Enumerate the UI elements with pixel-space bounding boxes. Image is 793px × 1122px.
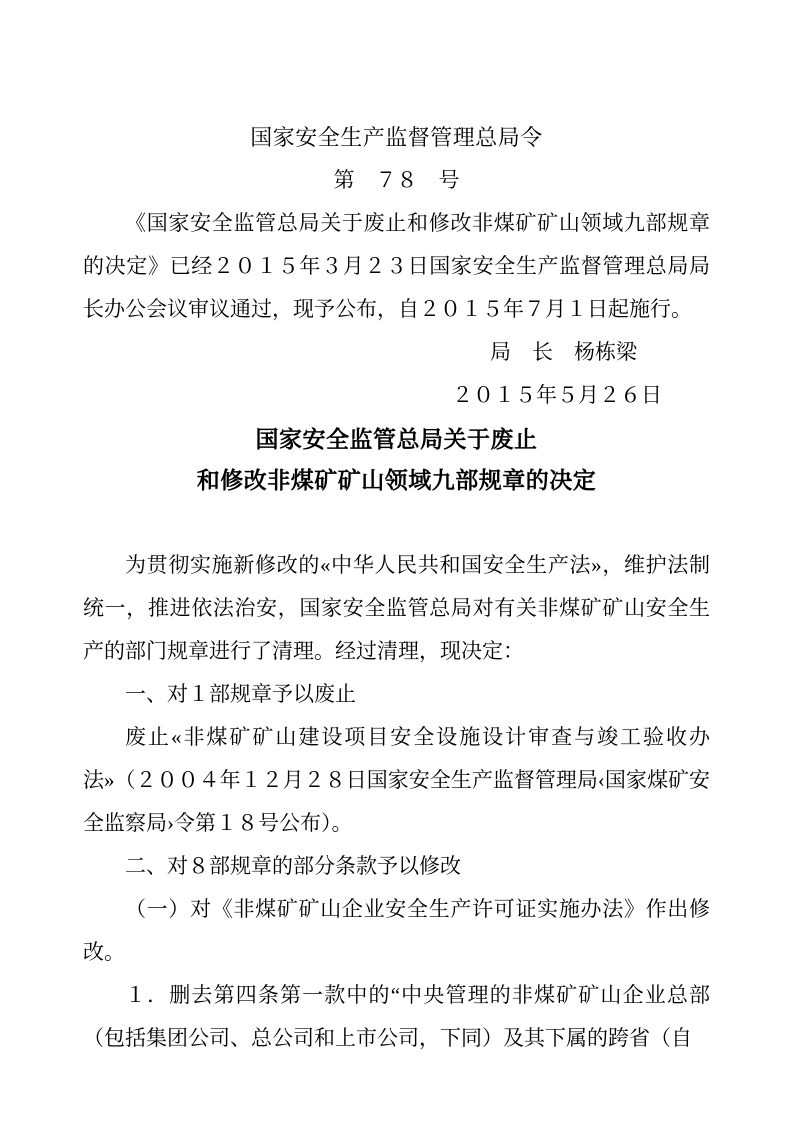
- document-page: 国家安全生产监督管理总局令 第 ７８ 号 《国家安全监管总局关于废止和修改非煤矿…: [0, 0, 793, 1122]
- signature-date: ２０１５年５月２６日: [83, 374, 710, 417]
- body-paragraph: （一）对《非煤矿矿山企业安全生产许可证实施办法》作出修改。: [83, 888, 710, 974]
- body-paragraph: 废止«非煤矿矿山建设项目安全设施设计审查与竣工验收办法»（２００４年１２月２８日…: [83, 716, 710, 845]
- body-paragraph: 二、对８部规章的部分条款予以修改: [83, 845, 710, 888]
- decision-body: 为贯彻实施新修改的«中华人民共和国安全生产法»，维护法制统一，推进依法治安，国家…: [83, 544, 710, 1060]
- blank-line: [83, 501, 710, 544]
- body-paragraph: 为贯彻实施新修改的«中华人民共和国安全生产法»，维护法制统一，推进依法治安，国家…: [83, 544, 710, 673]
- decree-agency-title: 国家安全生产监督管理总局令: [83, 116, 710, 159]
- decision-title-line2: 和修改非煤矿矿山领域九部规章的决定: [83, 460, 710, 501]
- announcement-paragraph: 《国家安全监管总局关于废止和修改非煤矿矿山领域九部规章的决定》已经２０１５年３月…: [83, 202, 710, 331]
- decree-number: 第 ７８ 号: [83, 159, 710, 202]
- signature-line: 局 长 杨栋梁: [83, 331, 710, 374]
- decision-title-line1: 国家安全监管总局关于废止: [83, 419, 710, 460]
- body-paragraph: 一、对１部规章予以废止: [83, 673, 710, 716]
- body-paragraph: １．删去第四条第一款中的“中央管理的非煤矿矿山企业总部（包括集团公司、总公司和上…: [83, 974, 710, 1060]
